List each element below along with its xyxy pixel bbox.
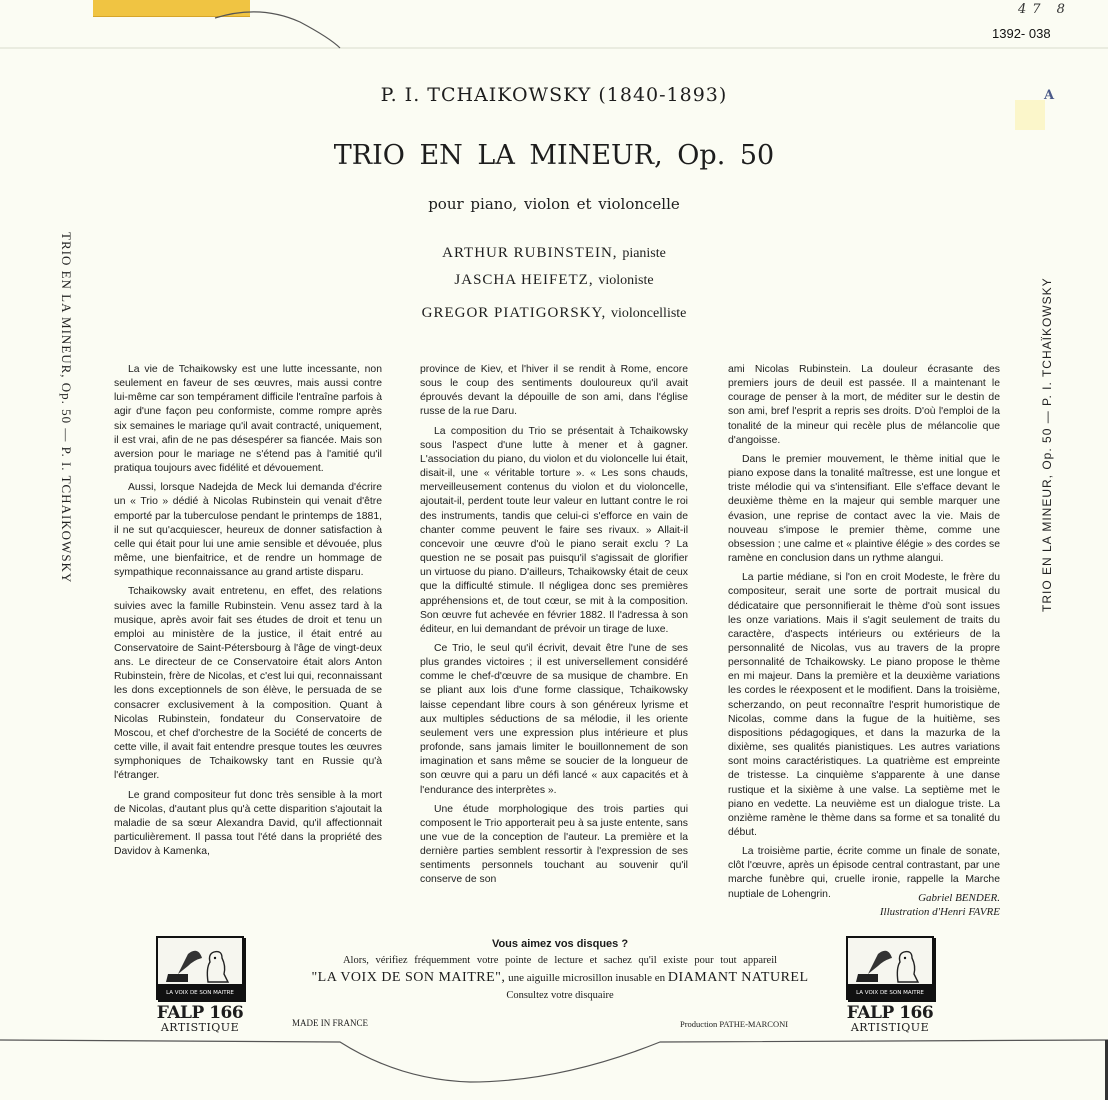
performer-role: violoniste: [598, 273, 653, 288]
advert-line: "LA VOIX DE SON MAITRE", une aiguille mi…: [280, 970, 840, 986]
spine-text-right: TRIO EN LA MINEUR, Op. 50 — P. I. TCHAÏK…: [1040, 277, 1054, 612]
brand-name: "LA VOIX DE SON MAITRE",: [311, 970, 505, 985]
instrumentation: pour piano, violon et violoncelle: [0, 195, 1108, 213]
handwritten-note: 47 8: [1018, 2, 1071, 17]
sleeve-cutout-bottom: [0, 1030, 1108, 1100]
svg-text:LA VOIX DE SON MAITRE: LA VOIX DE SON MAITRE: [166, 990, 234, 996]
production-label: Production PATHE-MARCONI: [680, 1019, 788, 1029]
catalog-label: FALP 166: [150, 1003, 250, 1023]
paragraph: Ce Trio, le seul qu'il écrivit, devait ê…: [420, 642, 688, 798]
performer-name: JASCHA HEIFETZ,: [454, 272, 593, 288]
sleeve-cutout-top: [0, 0, 1108, 60]
advert-line: Consultez votre disquaire: [280, 990, 840, 1001]
performer-name: ARTHUR RUBINSTEIN,: [442, 245, 617, 261]
his-masters-voice-logo: LA VOIX DE SON MAITRE: [846, 936, 934, 1000]
his-masters-voice-logo: LA VOIX DE SON MAITRE: [156, 936, 244, 1000]
paragraph: Dans le premier mouvement, le thème init…: [728, 453, 1000, 566]
svg-text:LA VOIX DE SON MAITRE: LA VOIX DE SON MAITRE: [856, 990, 924, 996]
author-signature: Gabriel BENDER.: [820, 891, 1000, 905]
performers-list: ARTHUR RUBINSTEIN, pianiste JASCHA HEIFE…: [0, 240, 1108, 327]
performer-role: pianiste: [622, 246, 666, 261]
made-in-label: MADE IN FRANCE: [292, 1018, 368, 1028]
dog-gramophone-icon: LA VOIX DE SON MAITRE: [848, 938, 932, 998]
label-logo-left: LA VOIX DE SON MAITRE FALP 166 ARTISTIQU…: [150, 936, 250, 1034]
dog-gramophone-icon: LA VOIX DE SON MAITRE: [158, 938, 242, 998]
label-logo-right: LA VOIX DE SON MAITRE FALP 166 ARTISTIQU…: [840, 936, 940, 1034]
diamant-naturel: DIAMANT NATUREL: [668, 970, 809, 985]
credits: Gabriel BENDER. Illustration d'Henri FAV…: [820, 891, 1000, 919]
paragraph: ami Nicolas Rubinstein. La douleur écras…: [728, 363, 1000, 448]
paragraph: La vie de Tchaikowsky est une lutte ince…: [114, 363, 382, 476]
paragraph: province de Kiev, et l'hiver il se rendi…: [420, 363, 688, 420]
notes-column-2: province de Kiev, et l'hiver il se rendi…: [420, 363, 688, 893]
footer-advert: Vous aimez vos disques ? Alors, vérifiez…: [280, 938, 840, 1001]
paragraph: Tchaikowsky avait entretenu, en effet, d…: [114, 585, 382, 783]
advert-question: Vous aimez vos disques ?: [280, 938, 840, 950]
notes-column-1: La vie de Tchaikowsky est une lutte ince…: [114, 363, 382, 864]
notes-column-3: ami Nicolas Rubinstein. La douleur écras…: [728, 363, 1000, 907]
performer: JASCHA HEIFETZ, violoniste: [0, 267, 1108, 294]
illustration-credit: Illustration d'Henri FAVRE: [820, 905, 1000, 919]
paragraph: Le grand compositeur fut donc très sensi…: [114, 789, 382, 860]
catalog-number: 1392- 038: [992, 26, 1051, 41]
advert-text: une aiguille microsillon inusable en: [508, 972, 665, 984]
paragraph: La partie médiane, si l'on en croit Mode…: [728, 571, 1000, 840]
work-title: TRIO EN LA MINEUR, Op. 50: [0, 140, 1108, 171]
performer-name: GREGOR PIATIGORSKY,: [422, 305, 607, 321]
performer-role: violoncelliste: [611, 306, 686, 321]
composer-heading: P. I. TCHAIKOWSKY (1840-1893): [0, 84, 1108, 106]
performer: GREGOR PIATIGORSKY, violoncelliste: [0, 300, 1108, 327]
paragraph: Une étude morphologique des trois partie…: [420, 803, 688, 888]
advert-line: Alors, vérifiez fréquemment votre pointe…: [280, 955, 840, 966]
paragraph: La composition du Trio se présentait à T…: [420, 425, 688, 637]
performer: ARTHUR RUBINSTEIN, pianiste: [0, 240, 1108, 267]
catalog-label: FALP 166: [840, 1003, 940, 1023]
paragraph: Aussi, lorsque Nadejda de Meck lui deman…: [114, 481, 382, 580]
